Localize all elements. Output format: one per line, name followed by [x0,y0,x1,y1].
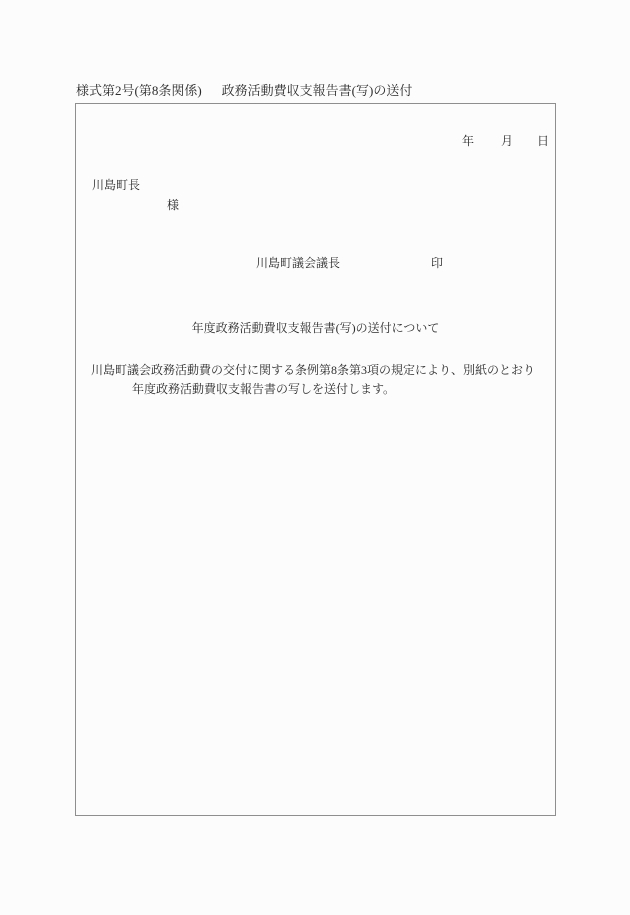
form-title-label: 政務活動費収支報告書(写)の送付 [222,83,413,98]
document-page: 様式第2号(第8条関係)政務活動費収支報告書(写)の送付 年月日 川島町長 様 … [0,0,630,915]
form-number-label: 様式第2号(第8条関係) [76,83,202,98]
letter-body-line1: 川島町議会政務活動費の交付に関する条例第8条第3項の規定により、別紙のとおり [91,361,535,378]
letter-subject: 年度政務活動費収支報告書(写)の送付について [76,319,555,336]
addressee-honorific: 様 [167,196,179,213]
addressee-name: 川島町長 [92,176,140,193]
form-header: 様式第2号(第8条関係)政務活動費収支報告書(写)の送付 [76,80,412,99]
date-line: 年月日 [76,132,549,149]
sender-title: 川島町議会議長 [256,254,340,271]
letter-body-line2: 年度政務活動費収支報告書の写しを送付します。 [132,380,395,397]
date-day-label: 日 [537,134,549,148]
seal-placeholder: 印 [431,254,443,271]
date-year-label: 年 [462,134,474,148]
date-month-label: 月 [501,134,513,148]
form-border-box: 年月日 川島町長 様 川島町議会議長 印 年度政務活動費収支報告書(写)の送付に… [75,103,556,816]
